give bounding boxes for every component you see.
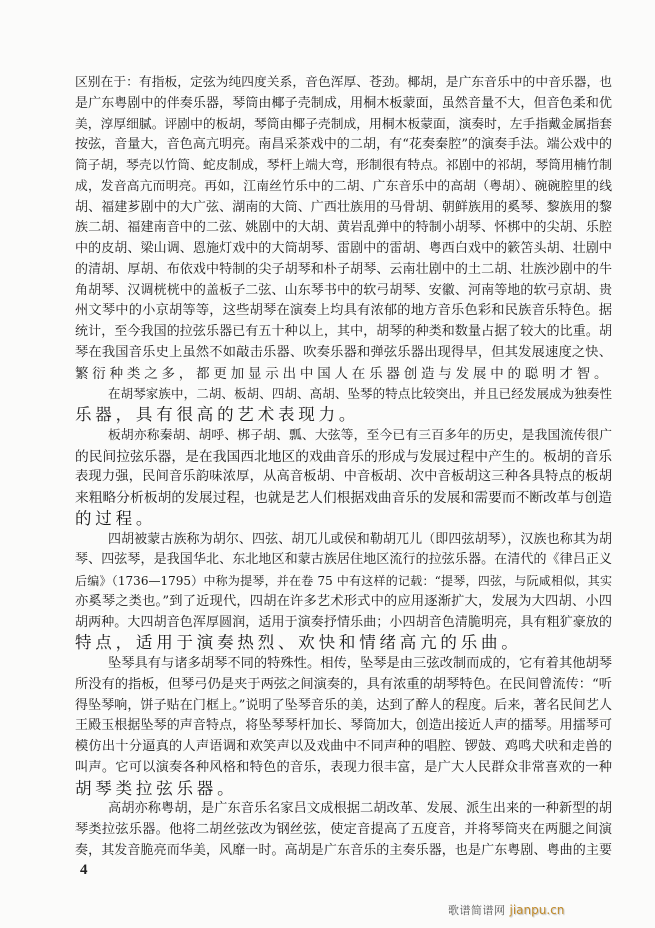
page-number: 4: [80, 862, 88, 879]
text-line: 得坠琴响，饼子贴在门框上。”说明了坠琴音乐的美，达到了醉人的程度。后来，著名民间…: [75, 696, 612, 717]
text-line: 坠琴具有与诸多胡琴不同的特殊性。相传，坠琴是由三弦改制而成的，它有着其他胡琴: [75, 654, 612, 675]
text-line: 琴在我国音乐史上虽然不如敲击乐器、吹奏乐器和弹弦乐器出现得早，但其发展速度之快、: [75, 343, 612, 364]
text-line: 琴类拉弦乐器。他将二胡丝弦改为钢丝弦，使定音提高了五度音，并将琴筒夹在两腿之间演: [75, 820, 612, 841]
watermark-site-name: 歌谱简谱网: [448, 904, 506, 917]
text-line: 族二胡、福建南音中的二弦、姚剧中的大胡、黄岩乱弹中的特制小胡琴、怀梆中的尖胡、乐…: [75, 218, 612, 239]
text-line: 区别在于：有指板，定弦为纯四度关系，音色浑厚、苍劲。椰胡，是广东音乐中的中音乐器…: [75, 73, 612, 94]
text-line: 叫声。它可以演奏各种风格和特色的音乐，表现力很丰富，是广大人民群众非常喜欢的一种: [75, 758, 612, 779]
text-line: 美，淳厚细腻。评剧中的板胡，琴筒由椰子壳制成，用桐木板蒙面，演奏时，左手指戴金属…: [75, 115, 612, 136]
text-line: 来粗略分析板胡的发展过程，也就是艺人们根据戏曲音乐的发展和需要而不断改革与创造: [75, 488, 612, 509]
text-line: 州文琴中的小京胡等等，这些胡琴在演奏上均具有浓郁的地方音乐色彩和民族音乐特色。据: [75, 301, 612, 322]
text-line: 的过程。: [75, 509, 612, 530]
text-line: 乐器，具有很高的艺术表现力。: [75, 405, 612, 426]
text-line: 中的皮胡、梁山调、恩施灯戏中的大筒胡琴、雷剧中的雷胡、粤西白戏中的簌笘头胡、壮剧…: [75, 239, 612, 260]
text-line: 统计，至今我国的拉弦乐器已有五十种以上，其中，胡琴的种类和数量占据了较大的比重。…: [75, 322, 612, 343]
text-line: 胡琴类拉弦乐器。: [75, 779, 612, 800]
watermark: 歌谱简谱网jianpu.cn: [448, 902, 564, 918]
text-line: 亦奚琴之类也。”到了近现代，四胡在许多艺术形式中的应用逐渐扩大，发展为大四胡、小…: [75, 592, 612, 613]
text-line: 筒子胡，琴壳以竹筒、蛇皮制成，琴杆上端大弯，形制很有特点。祁剧中的祁胡，琴筒用楠…: [75, 156, 612, 177]
text-line: 后编》（1736—1795）中称为提琴，并在卷 75 中有这样的记载：“提琴，四…: [75, 571, 612, 592]
text-line: 胡、福建芗剧中的大广弦、湖南的大筒、广西壮族用的马骨胡、朝鲜族用的奚琴、黎族用的…: [75, 198, 612, 219]
text-line: 模仿出十分逼真的人声语调和欢笑声以及戏曲中不同声种的唱腔、锣鼓、鸡鸣犬吠和走兽的: [75, 737, 612, 758]
text-line: 繁衍种类之多，都更加显示出中国人在乐器创造与发展中的聪明才智。: [75, 364, 612, 385]
text-line: 高胡亦称粤胡，是广东音乐名家吕文成根据二胡改革、发展、派生出来的一种新型的胡: [75, 799, 612, 820]
text-line: 表现力强，民间音乐韵味浓厚，从高音板胡、中音板胡、次中音板胡这三种各具特点的板胡: [75, 467, 612, 488]
document-body: 区别在于：有指板，定弦为纯四度关系，音色浑厚、苍劲。椰胡，是广东音乐中的中音乐器…: [75, 73, 615, 862]
text-line: 的清胡、厚胡、布依戏中特制的尖子胡琴和朴子胡琴、云南壮剧中的土二胡、壮族沙剧中的…: [75, 260, 612, 281]
text-line: 四胡被蒙古族称为胡尔、四弦、胡兀儿或侯和勒胡兀儿（即四弦胡琴），汉族也称其为胡: [75, 530, 612, 551]
text-line: 琴、四弦琴，是我国华北、东北地区和蒙古族居住地区流行的拉弦乐器。在清代的《律吕正…: [75, 550, 612, 571]
watermark-url: jianpu.cn: [510, 903, 565, 917]
text-line: 奏，其发音脆亮而华美，风靡一时。高胡是广东音乐的主奏乐器，也是广东粤剧、粤曲的主…: [75, 841, 612, 862]
text-line: 板胡亦称秦胡、胡呼、梆子胡、瓢、大弦等，至今已有三百多年的历史，是我国流传很广: [75, 426, 612, 447]
text-line: 角胡琴、汉调桄桄中的盖板子二弦、山东琴书中的软弓胡琴、安徽、河南等地的软弓京胡、…: [75, 281, 612, 302]
text-line: 王殿玉根据坠琴的声音特点，将坠琴琴杆加长、琴筒加大，创造出接近人声的擂琴。用擂琴…: [75, 716, 612, 737]
text-line: 按弦，音量大，音色高亢明亮。南昌采茶戏中的二胡，有“花奏秦腔”的演奏手法。端公戏…: [75, 135, 612, 156]
text-line: 是广东粤剧中的伴奏乐器，琴筒由椰子壳制成，用桐木板蒙面，虽然音量不大，但音色柔和…: [75, 94, 612, 115]
text-line: 胡两种。大四胡音色浑厚圆润，适用于演奏抒情乐曲；小四胡音色清脆明亮，具有粗犷豪放…: [75, 613, 612, 634]
text-line: 所没有的指板，但琴弓仍是夹于两弦之间演奏的，具有浓重的胡琴特色。在民间曾流传：“…: [75, 675, 612, 696]
text-line: 的民间拉弦乐器，是在我国西北地区的戏曲音乐的形成与发展过程中产生的。板胡的音乐: [75, 447, 612, 468]
text-line: 特点，适用于演奏热烈、欢快和情绪高亢的乐曲。: [75, 633, 612, 654]
text-line: 在胡琴家族中，二胡、板胡、四胡、高胡、坠琴的特点比较突出，并且已经发展成为独奏性: [75, 384, 612, 405]
text-line: 成，发音高亢而明亮。再如，江南丝竹乐中的二胡、广东音乐中的高胡（粤胡）、碗碗腔里…: [75, 177, 612, 198]
